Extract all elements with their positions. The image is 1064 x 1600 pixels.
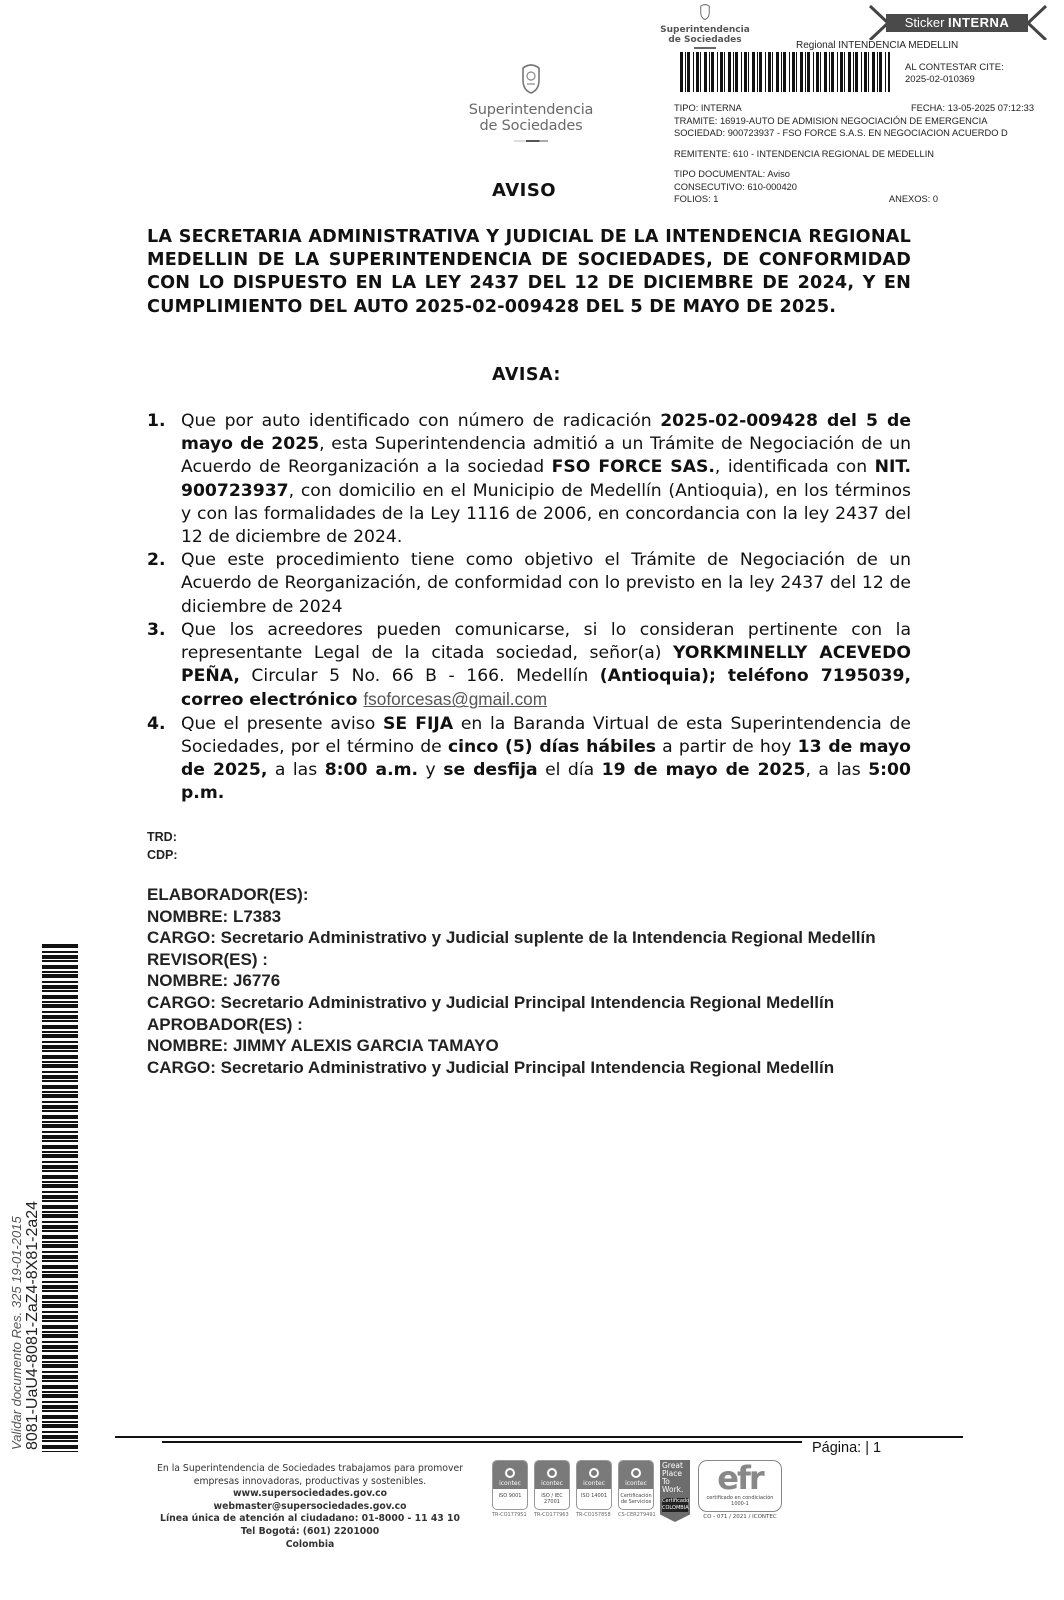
icontec-cert-badge: icontecISO 14001TR-CO157858 bbox=[576, 1460, 610, 1518]
sticker-barcode bbox=[680, 52, 890, 92]
page-number: Página: | 1 bbox=[812, 1440, 881, 1456]
sticker-info: TIPO: INTERNAFECHA: 13-05-2025 07:12:33 … bbox=[674, 102, 1034, 206]
footer-line: Línea única de atención al ciudadano: 01… bbox=[150, 1513, 470, 1526]
notice-item: 2.Que este procedimiento tiene como obje… bbox=[147, 549, 911, 619]
item-number: 1. bbox=[147, 410, 181, 549]
sticker-tipo-documental: TIPO DOCUMENTAL: Aviso bbox=[674, 168, 790, 181]
text: a partir de hoy bbox=[656, 737, 798, 757]
logo-bar bbox=[514, 140, 548, 142]
sticker-consecutivo: CONSECUTIVO: 610-000420 bbox=[674, 181, 797, 194]
efr-badge: efr certificado en condiciación 1000-1 bbox=[698, 1460, 782, 1512]
item-text: Que este procedimiento tiene como objeti… bbox=[181, 549, 911, 619]
footer-line: Colombia bbox=[150, 1539, 470, 1552]
text: Que por auto identificado con número de … bbox=[181, 411, 660, 431]
item-number: 3. bbox=[147, 619, 181, 713]
icontec-icon bbox=[631, 1468, 641, 1478]
sticker-regional: Regional INTENDENCIA MEDELLIN bbox=[796, 40, 958, 51]
badge-prefix: Sticker bbox=[905, 15, 948, 30]
icontec-cert-badge: icontecISO 9001TR-CO177951 bbox=[492, 1460, 526, 1518]
signer-line: CARGO: Secretario Administrativo y Judic… bbox=[147, 992, 911, 1014]
sticker-logo: Superintendencia de Sociedades bbox=[660, 4, 750, 49]
footer-line: Tel Bogotá: (601) 2201000 bbox=[150, 1526, 470, 1539]
great-place-to-work-badge: Great Place To Work. CertificadoCOLOMBIA bbox=[660, 1460, 690, 1522]
notice-items: 1.Que por auto identificado con número d… bbox=[147, 410, 911, 805]
signers-block: ELABORADOR(ES):NOMBRE: L7383CARGO: Secre… bbox=[147, 884, 911, 1078]
bold-text: 8:00 a.m. bbox=[325, 760, 418, 780]
gptw-text: Great Place To Work. bbox=[662, 1462, 688, 1494]
text: , a las bbox=[805, 760, 868, 780]
icontec-icon bbox=[589, 1468, 599, 1478]
text: Que el presente aviso bbox=[181, 714, 383, 734]
text: Que este procedimiento tiene como objeti… bbox=[181, 550, 911, 616]
email-link[interactable]: fsoforcesas@gmail.com bbox=[363, 689, 547, 709]
footer-contact: En la Superintendencia de Sociedades tra… bbox=[150, 1463, 470, 1551]
notice-item: 1.Que por auto identificado con número d… bbox=[147, 410, 911, 549]
gptw-country: COLOMBIA bbox=[662, 1505, 688, 1512]
notice-item: 3.Que los acreedores pueden comunicarse,… bbox=[147, 619, 911, 713]
superintendencia-logo: Superintendencia de Sociedades bbox=[462, 64, 600, 142]
intro-paragraph: LA SECRETARIA ADMINISTRATIVA Y JUDICIAL … bbox=[147, 226, 911, 319]
signer-line: APROBADOR(ES) : bbox=[147, 1014, 911, 1036]
bold-text: cinco (5) días hábiles bbox=[448, 737, 656, 757]
sticker-remitente: REMITENTE: 610 - INTENDENCIA REGIONAL DE… bbox=[674, 148, 934, 161]
validation-text: Validar documento Res. 325 19-01-2015 80… bbox=[10, 1201, 41, 1450]
sticker-logo-line-1: Superintendencia bbox=[660, 25, 750, 35]
footer-line: www.supersociedades.gov.co bbox=[150, 1488, 470, 1501]
footer-line: webmaster@supersociedades.gov.co bbox=[150, 1501, 470, 1514]
cdp-label: CDP: bbox=[147, 846, 178, 864]
signer-line: NOMBRE: J6776 bbox=[147, 970, 911, 992]
sticker-cite: AL CONTESTAR CITE: 2025-02-010369 bbox=[905, 62, 1004, 86]
text: , identificada con bbox=[715, 457, 875, 477]
sticker-type-badge: Sticker INTERNA bbox=[868, 4, 1048, 40]
text: el día bbox=[538, 760, 602, 780]
sticker-anexos: ANEXOS: 0 bbox=[889, 193, 938, 206]
footer-divider-secondary bbox=[162, 1441, 802, 1443]
bold-text: SE FIJA bbox=[383, 714, 453, 734]
item-text: Que por auto identificado con número de … bbox=[181, 410, 911, 549]
text: , con domicilio en el Municipio de Medel… bbox=[181, 481, 911, 547]
item-number: 2. bbox=[147, 549, 181, 619]
gptw-cert: Certificado bbox=[662, 1498, 688, 1505]
signer-line: NOMBRE: JIMMY ALEXIS GARCIA TAMAYO bbox=[147, 1035, 911, 1057]
signer-line: CARGO: Secretario Administrativo y Judic… bbox=[147, 1057, 911, 1079]
sticker-tramite: TRAMITE: 16919-AUTO DE ADMISION NEGOCIAC… bbox=[674, 115, 987, 128]
item-text: Que los acreedores pueden comunicarse, s… bbox=[181, 619, 911, 713]
icontec-cert-badge: icontecCertificación de ServiciosCS-CER2… bbox=[618, 1460, 652, 1518]
sticker-logo-bar bbox=[694, 47, 716, 49]
coat-of-arms-icon bbox=[698, 4, 712, 20]
item-text: Que el presente aviso SE FIJA en la Bara… bbox=[181, 713, 911, 806]
trd-cdp: TRD: CDP: bbox=[147, 828, 178, 864]
badge-type: INTERNA bbox=[948, 15, 1009, 30]
bold-text: se desfija bbox=[443, 760, 537, 780]
signer-line: REVISOR(ES) : bbox=[147, 949, 911, 971]
validation-code: 8081-UaU4-8081-ZaZ4-8X81-2a24 bbox=[24, 1201, 41, 1450]
notice-item: 4.Que el presente aviso SE FIJA en la Ba… bbox=[147, 713, 911, 806]
footer-line: empresas innovadoras, productivas y sost… bbox=[150, 1476, 470, 1489]
sticker-folios: FOLIOS: 1 bbox=[674, 193, 718, 206]
bold-text: 19 de mayo de 2025 bbox=[602, 760, 806, 780]
footer-line: En la Superintendencia de Sociedades tra… bbox=[150, 1463, 470, 1476]
text: a las bbox=[267, 760, 324, 780]
avisa-heading: AVISA: bbox=[492, 365, 561, 385]
cite-number: 2025-02-010369 bbox=[905, 74, 1004, 86]
icontec-icon bbox=[505, 1468, 515, 1478]
text: y bbox=[418, 760, 443, 780]
efr-logo: efr bbox=[699, 1461, 781, 1495]
coat-of-arms-icon bbox=[518, 64, 544, 94]
sticker-logo-line-2: de Sociedades bbox=[660, 35, 750, 45]
efr-caption: certificado en condiciación 1000-1 bbox=[699, 1495, 781, 1507]
text: Circular 5 No. 66 B - 166. Medellín bbox=[240, 666, 600, 686]
sticker-tipo: TIPO: INTERNA bbox=[674, 102, 742, 115]
cite-label: AL CONTESTAR CITE: bbox=[905, 62, 1004, 74]
sticker-fecha: FECHA: 13-05-2025 07:12:33 bbox=[911, 102, 1034, 115]
validation-barcode bbox=[42, 944, 78, 1452]
logo-line-1: Superintendencia bbox=[462, 102, 600, 118]
signer-line: ELABORADOR(ES): bbox=[147, 884, 911, 906]
icontec-cert-badge: icontecISO / IEC 27001TR-CO177963 bbox=[534, 1460, 568, 1518]
sticker-sociedad: SOCIEDAD: 900723937 - FSO FORCE S.A.S. E… bbox=[674, 127, 1008, 140]
footer-divider bbox=[115, 1436, 963, 1438]
trd-label: TRD: bbox=[147, 828, 178, 846]
icontec-icon bbox=[547, 1468, 557, 1478]
signer-line: CARGO: Secretario Administrativo y Judic… bbox=[147, 927, 911, 949]
certification-logos: icontecISO 9001TR-CO177951icontecISO / I… bbox=[492, 1460, 782, 1522]
signer-line: NOMBRE: L7383 bbox=[147, 906, 911, 928]
efr-code: CO - 071 / 2021 / ICONTEC bbox=[698, 1514, 782, 1520]
document-title: AVISO bbox=[492, 180, 556, 201]
validate-label: Validar documento Res. 325 19-01-2015 bbox=[10, 1201, 24, 1450]
item-number: 4. bbox=[147, 713, 181, 806]
bold-text: FSO FORCE SAS. bbox=[552, 457, 715, 477]
logo-line-2: de Sociedades bbox=[462, 118, 600, 134]
